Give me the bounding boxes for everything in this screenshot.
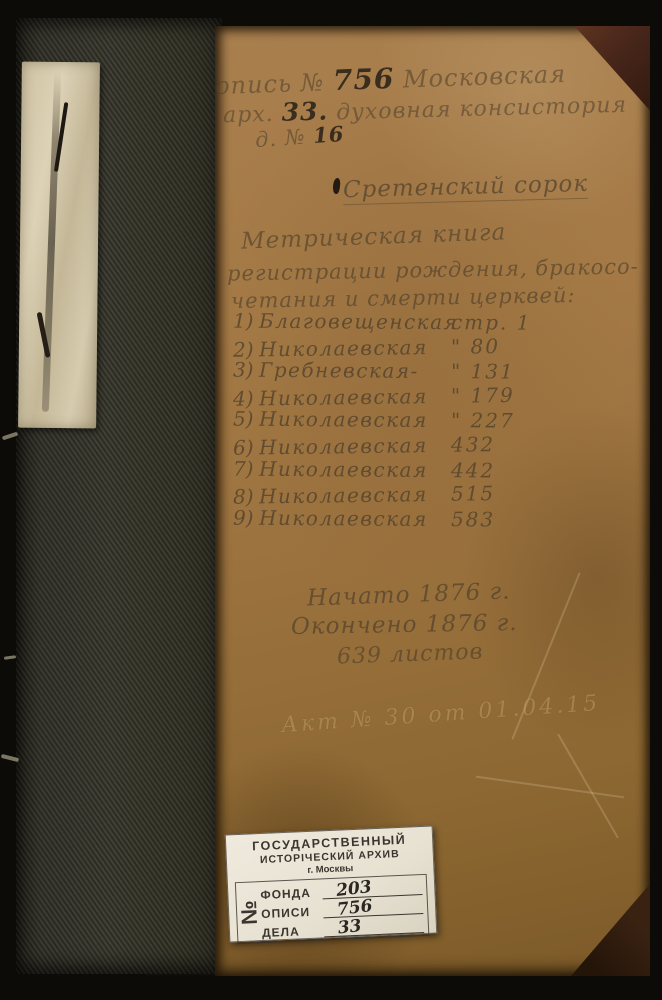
church-index: 9) [233, 505, 259, 529]
scratch-mark [557, 734, 619, 839]
church-name: Благовещенская [259, 309, 458, 334]
church-page: 515 [451, 481, 496, 506]
church-name: Николаевская [259, 433, 428, 459]
delo-label: ДЕЛА [262, 923, 325, 940]
inscription-text: опись № [215, 68, 325, 100]
ink-blot [332, 178, 341, 195]
church-page: " 80 [451, 334, 500, 359]
delo-value: 33 [337, 916, 363, 939]
archival-photo-background: опись № 756 Московская арх. 33. духовная… [0, 0, 662, 1000]
church-name: Гребневская- [259, 358, 419, 383]
archive-inscription-line3: д. № 16 [254, 121, 345, 152]
inscription-text: д. № [254, 125, 306, 152]
book-cover: опись № 756 Московская арх. 33. духовная… [16, 16, 650, 978]
church-page: " 179 [451, 383, 515, 408]
church-name: Николаевская [259, 482, 428, 508]
church-list-item: 1)Благовещенскаястр. 1 [233, 309, 633, 336]
book-title-line2: регистрации рождения, бракосо- [227, 254, 639, 285]
sheet-count: 639 листов [337, 639, 484, 669]
church-name: Николаевская [259, 456, 428, 481]
scratch-mark [476, 776, 625, 799]
church-list-item: 9)Николаевская583 [233, 505, 633, 532]
church-page: 432 [451, 432, 496, 457]
church-page: 442 [451, 458, 495, 482]
act-note: Акт № 30 от 01.04.15 [281, 691, 601, 738]
church-list: 1)Благовещенскаястр. 1 2)Николаевская" 8… [233, 310, 633, 531]
inscription-text: арх. [223, 102, 274, 128]
inscription-text: Московская [403, 60, 567, 94]
church-index: 5) [233, 407, 259, 431]
book-title-line1: Метрическая книга [241, 219, 507, 254]
opis-number: 756 [332, 62, 395, 97]
label-number-box: № ФОНДА 203 ОПИСИ 756 [235, 874, 430, 944]
delo-line: 33 [323, 913, 424, 937]
church-list-item: 8)Николаевская515 [233, 479, 633, 509]
archive-label: ГОСУДАРСТВЕННЫЙ ИСТОРІЧЕСКИЙ АРХИВ г. Мо… [225, 826, 438, 943]
date-started: Начато 1876 г. [307, 578, 511, 611]
tape-crease [42, 72, 61, 412]
church-index: 1) [233, 309, 259, 333]
inscription-text: духовная консистория [336, 93, 628, 126]
label-rows: ФОНДА 203 ОПИСИ 756 ДЕЛА [260, 876, 424, 940]
date-finished: Окончено 1876 г. [291, 610, 518, 640]
paper-cover-region: опись № 756 Московская арх. 33. духовная… [215, 26, 650, 976]
opis-label: ОПИСИ [261, 904, 324, 921]
church-name: Николаевская [259, 407, 428, 432]
cloth-spine-region [16, 18, 222, 974]
spine-repair-tape [18, 62, 100, 429]
church-index: 3) [233, 358, 259, 382]
church-name: Николаевская [259, 506, 428, 531]
fond-label: ФОНДА [260, 885, 323, 902]
church-page: " 227 [451, 409, 515, 433]
leather-corner-bottom-right [566, 880, 650, 976]
district-title: Сретенский сорок [343, 171, 589, 205]
old-number: 16 [312, 121, 345, 148]
number-sign: № [236, 883, 262, 941]
number-sign-glyph: № [236, 899, 263, 925]
frayed-thread [4, 655, 16, 660]
church-list-item: 6)Николаевская432 [233, 430, 633, 460]
church-page: " 131 [451, 359, 515, 383]
church-index: 7) [233, 456, 259, 480]
church-page: 583 [451, 507, 495, 531]
church-page: стр. 1 [451, 310, 532, 335]
